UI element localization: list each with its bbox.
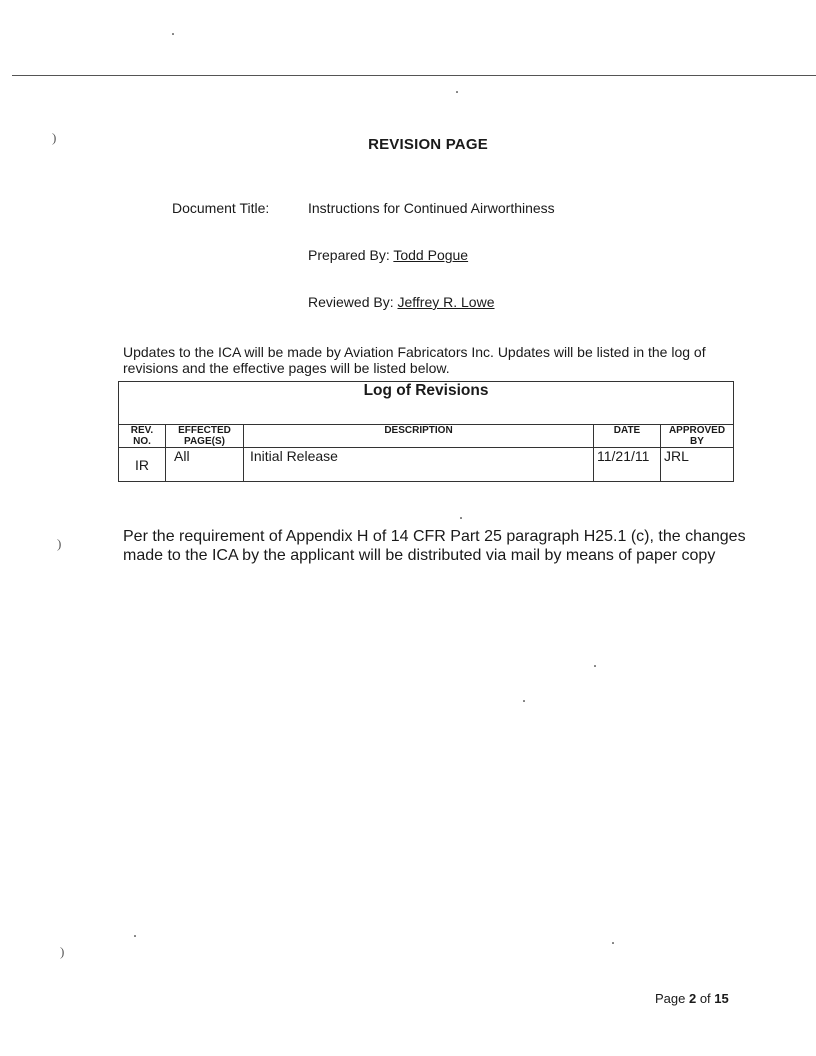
revision-log-table: Log of Revisions REV. NO. EFFECTED PAGE(… <box>118 381 734 482</box>
document-title-value: Instructions for Continued Airworthiness <box>308 200 555 216</box>
page-total: 15 <box>714 991 728 1006</box>
scan-artifact: ) <box>60 944 64 960</box>
document-title-label: Document Title: <box>172 200 269 216</box>
col-effected-pages: EFFECTED PAGE(S) <box>166 425 244 448</box>
log-heading: Log of Revisions <box>119 382 734 425</box>
reviewed-by-value: Jeffrey R. Lowe <box>397 294 494 310</box>
page-prefix: Page <box>655 991 689 1006</box>
closing-paragraph: Per the requirement of Appendix H of 14 … <box>123 527 763 565</box>
scan-artifact <box>460 517 462 519</box>
scan-artifact: ) <box>57 536 61 552</box>
col-date: DATE <box>594 425 661 448</box>
prepared-by: Prepared By: Todd Pogue <box>308 247 468 263</box>
cell-rev: IR <box>119 448 166 482</box>
page-of: of <box>696 991 714 1006</box>
scan-artifact <box>523 700 525 702</box>
page-number-footer: Page 2 of 15 <box>655 991 729 1006</box>
cell-pages: All <box>166 448 244 482</box>
page-title: REVISION PAGE <box>0 136 816 153</box>
table-row: IR All Initial Release 11/21/11 JRL <box>119 448 734 482</box>
reviewed-by: Reviewed By: Jeffrey R. Lowe <box>308 294 495 310</box>
scan-artifact <box>134 935 136 937</box>
prepared-by-value: Todd Pogue <box>393 247 468 263</box>
scan-artifact <box>612 942 614 944</box>
scan-artifact <box>456 91 458 93</box>
header-rule <box>12 75 816 76</box>
reviewed-by-label: Reviewed By: <box>308 294 394 310</box>
scan-artifact <box>172 33 174 35</box>
col-rev-no: REV. NO. <box>119 425 166 448</box>
cell-approved: JRL <box>661 448 734 482</box>
scan-artifact <box>594 665 596 667</box>
col-approved-by: APPROVED BY <box>661 425 734 448</box>
prepared-by-label: Prepared By: <box>308 247 390 263</box>
cell-description: Initial Release <box>244 448 594 482</box>
col-description: DESCRIPTION <box>244 425 594 448</box>
cell-date: 11/21/11 <box>594 448 661 482</box>
intro-paragraph: Updates to the ICA will be made by Aviat… <box>123 344 743 376</box>
